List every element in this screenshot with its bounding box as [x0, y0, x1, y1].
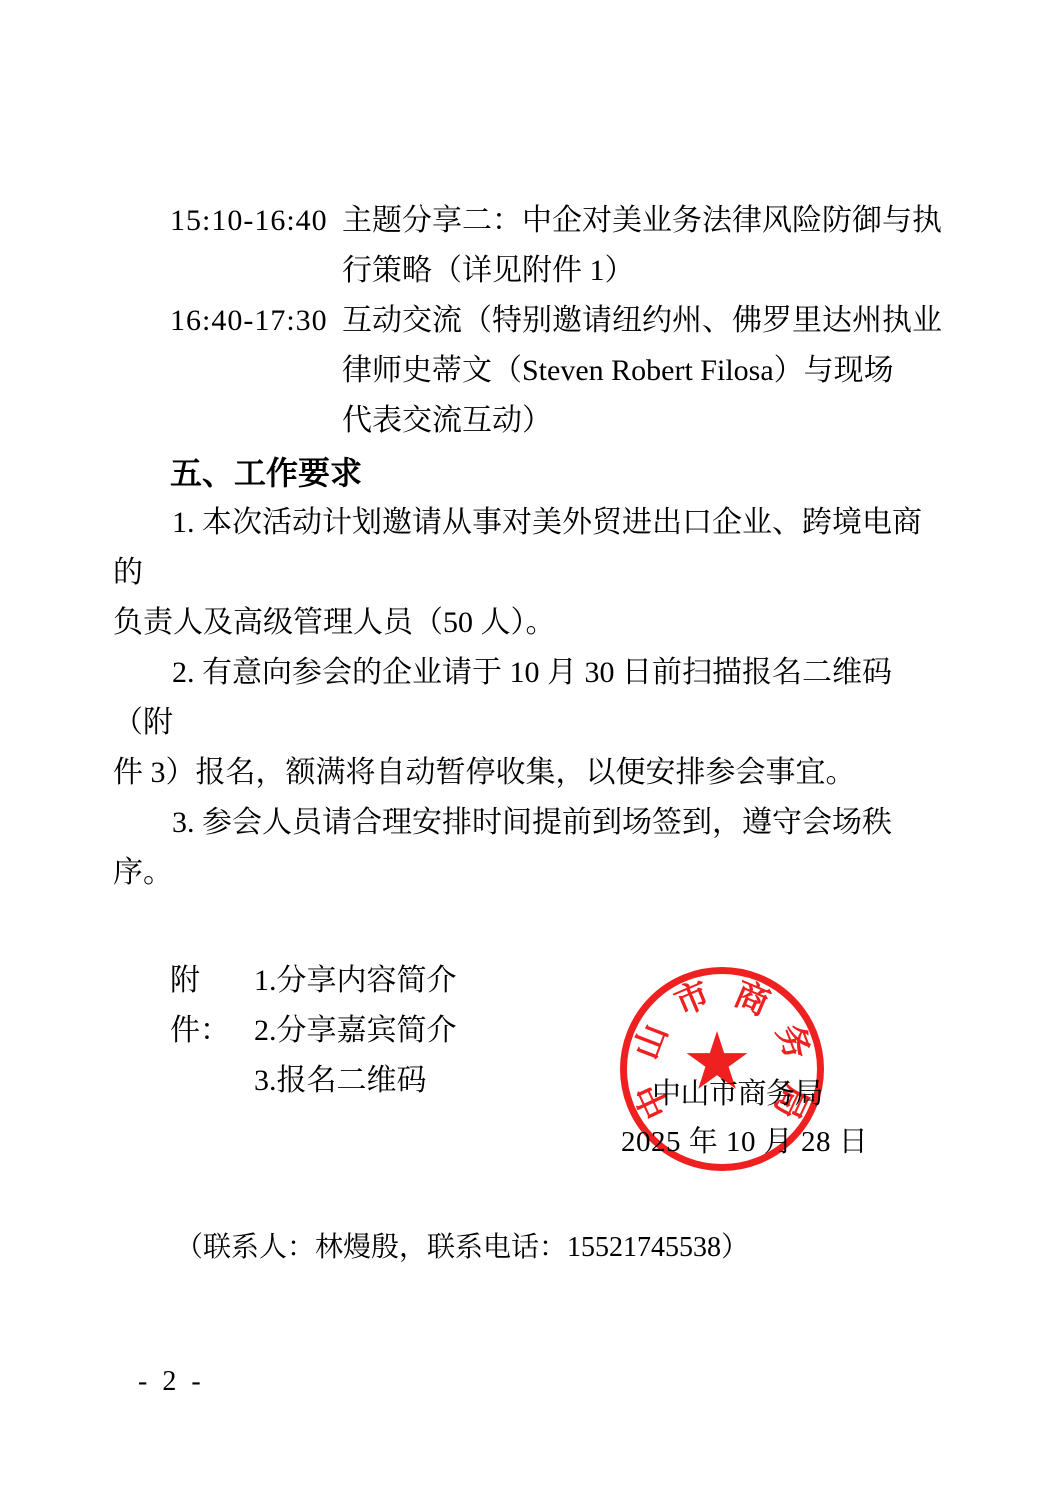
schedule-time: 16:40-17:30	[170, 296, 342, 446]
attachment-item: 2.分享嘉宾简介	[254, 1006, 947, 1056]
document-page: 15:10-16:40 主题分享二：中企对美业务法律风险防御与执 行策略（详见附…	[0, 0, 1060, 1500]
schedule-time: 15:10-16:40	[170, 196, 342, 296]
section-heading: 五、工作要求	[170, 448, 947, 498]
signature-issuer: 中山市商务局	[652, 1071, 823, 1112]
attachments-items: 1.分享内容简介 2.分享嘉宾简介 3.报名二维码	[254, 956, 947, 1106]
schedule-item: 16:40-17:30 互动交流（特别邀请纽约州、佛罗里达州执业 律师史蒂文（S…	[170, 296, 947, 446]
document-body: 15:10-16:40 主题分享二：中企对美业务法律风险防御与执 行策略（详见附…	[113, 196, 947, 1106]
attachments-label: 附件：	[170, 956, 254, 1106]
contact-info: （联系人：林熳殷，联系电话：15521745538）	[175, 1225, 749, 1265]
attachments-list: 附件： 1.分享内容简介 2.分享嘉宾简介 3.报名二维码	[170, 956, 947, 1106]
signature-date: 2025 年 10 月 28 日	[621, 1119, 868, 1160]
body-paragraph: 2. 有意向参会的企业请于 10 月 30 日前扫描报名二维码（附 件 3）报名…	[113, 648, 947, 798]
body-paragraph: 1. 本次活动计划邀请从事对美外贸进出口企业、跨境电商的 负责人及高级管理人员（…	[113, 498, 947, 648]
attachment-item: 3.报名二维码	[254, 1056, 947, 1106]
schedule-description: 主题分享二：中企对美业务法律风险防御与执 行策略（详见附件 1）	[342, 196, 947, 296]
schedule-description: 互动交流（特别邀请纽约州、佛罗里达州执业 律师史蒂文（Steven Robert…	[342, 296, 947, 446]
schedule-item: 15:10-16:40 主题分享二：中企对美业务法律风险防御与执 行策略（详见附…	[170, 196, 947, 296]
attachment-item: 1.分享内容简介	[254, 956, 947, 1006]
page-number: - 2 -	[138, 1366, 205, 1398]
body-paragraph: 3. 参会人员请合理安排时间提前到场签到，遵守会场秩序。	[113, 798, 947, 898]
